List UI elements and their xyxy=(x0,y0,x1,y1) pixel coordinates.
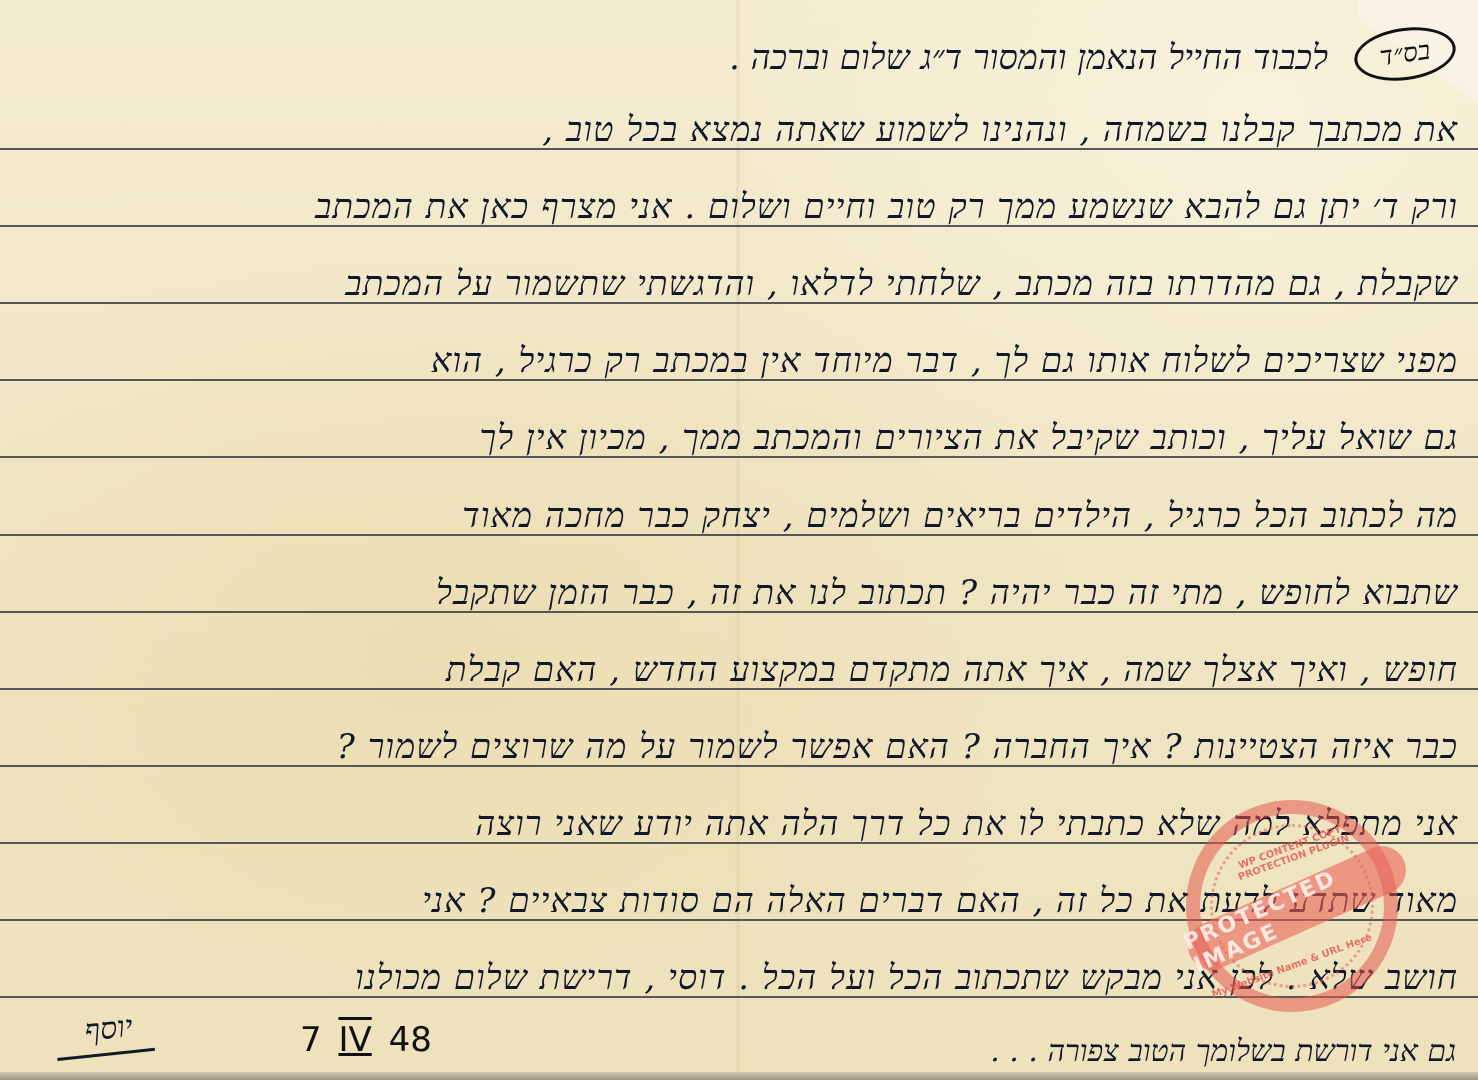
salutation: לכבוד החייל הנאמן והמסור ד״ג שלום וברכה … xyxy=(729,38,1328,78)
letter-line: גם שואל עליך , וכותב שקיבל את הציורים וה… xyxy=(20,418,1458,458)
letter-paper: בס״ד לכבוד החייל הנאמן והמסור ד״ג שלום ו… xyxy=(0,0,1478,1080)
date-day: 7 xyxy=(300,1020,322,1060)
letter-line: חופש , ואיך אצלך שמה , איך אתה מתקדם במק… xyxy=(20,650,1458,690)
letter-line: מפני שצריכים לשלוח אותו גם לך , דבר מיוח… xyxy=(20,341,1458,381)
watermark-stamp: WP CONTENT COPY PROTECTION PLUGIN PROTEC… xyxy=(1186,800,1398,1012)
header-mark-text: בס״ד xyxy=(1378,36,1432,73)
letter-date: 7 IV 48 xyxy=(300,1020,432,1060)
letter-line: שקבלת , גם מהדרתו בזה מכתב , שלחתי לדלאו… xyxy=(20,264,1458,304)
paper-bottom-edge xyxy=(0,1072,1478,1080)
letter-line: ורק ד׳ יתן גם להבא שנשמע ממך רק טוב וחיי… xyxy=(20,187,1458,227)
letter-line: מה לכתוב הכל כרגיל , הילדים בריאים ושלמי… xyxy=(20,496,1458,536)
letter-line: כבר איזה הצטיינות ? איך החברה ? האם אפשר… xyxy=(20,727,1458,767)
letter-line: את מכתבך קבלנו בשמחה , ונהנינו לשמוע שאת… xyxy=(20,110,1458,150)
date-year: 48 xyxy=(389,1020,432,1060)
postscript: גם אני דורשת בשלומך הטוב צפורה . . . xyxy=(990,1034,1456,1069)
signature: יוסף xyxy=(53,1007,155,1061)
letter-line: שתבוא לחופש , מתי זה כבר יהיה ? תכתוב לנ… xyxy=(20,573,1458,613)
date-month: IV xyxy=(338,1020,371,1060)
